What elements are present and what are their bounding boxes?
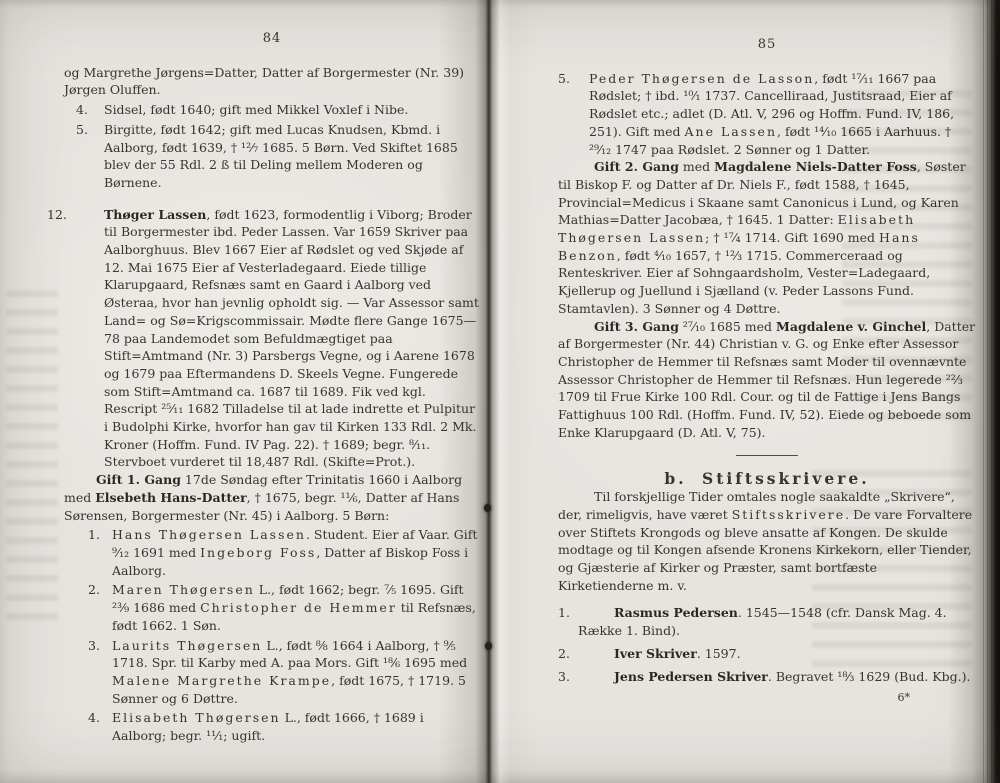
item-number: 5. [558, 70, 570, 88]
text-run: med [679, 159, 714, 174]
emphasized-name: Gift 2. Gang [594, 159, 679, 174]
item-number: 3. [558, 668, 570, 686]
emphasized-name: Magdalene Niels-Datter Foss [714, 159, 917, 174]
item-number: 4. [88, 709, 100, 727]
spaced-name: Maren Thøgersen [112, 582, 255, 597]
section-divider-rule [736, 455, 798, 456]
item-number: 2. [558, 645, 570, 663]
text-run: , født 1623, formodentlig i Viborg; Brod… [104, 207, 479, 470]
item-number: 1. [88, 526, 100, 544]
spaced-name: Malene Margrethe Krampe [112, 673, 331, 688]
section-intro-paragraph: Til forskjellige Tider omtales nogle saa… [558, 488, 976, 594]
emphasized-name: Gift 3. Gang [594, 319, 679, 334]
text-run: . Begravet ¹⁸⁄₃ 1629 (Bud. Kbg.). [768, 669, 971, 684]
book-scan: 84 og Margrethe Jørgens=Datter, Datter a… [0, 0, 1000, 783]
text-run: , Datter af Borgermester (Nr. 44) Christ… [558, 319, 975, 440]
spaced-name: Laurits Thøgersen [112, 638, 262, 653]
item-text: Hans Thøgersen Lassen. Student. Eier af … [112, 526, 480, 579]
spaced-name: Christopher de Hemmer [200, 600, 397, 615]
binding-stitch-hole [485, 642, 492, 650]
continuation-paragraph: og Margrethe Jørgens=Datter, Datter af B… [64, 64, 480, 99]
item-text: Iver Skriver. 1597. [578, 645, 976, 663]
entry-text: Thøger Lassen, født 1623, formodentlig i… [104, 206, 480, 472]
child-item-hans: 1. Hans Thøgersen Lassen. Student. Eier … [64, 526, 480, 579]
page-left: 84 og Margrethe Jørgens=Datter, Datter a… [64, 30, 480, 745]
text-run: og Margrethe Jørgens=Datter, Datter af B… [64, 65, 464, 98]
child-item-elisabeth: 4. Elisabeth Thøgersen L., født 1666, † … [64, 709, 480, 744]
page-number-right: 85 [558, 36, 976, 54]
spaced-name: Stiftsskrivere [732, 507, 845, 522]
item-text: Rasmus Pedersen. 1545—1548 (cfr. Dansk M… [578, 604, 976, 639]
marriage-1-paragraph: Gift 1. Gang 17de Søndag efter Trinitati… [64, 471, 480, 524]
text-run: ; † ¹⁷⁄₄ 1714. Gift 1690 med [705, 230, 879, 245]
item-text: Laurits Thøgersen L., født ⁸⁄₈ 1664 i Aa… [112, 637, 480, 708]
entry-12-thoger-lassen: 12. Thøger Lassen, født 1623, formodentl… [64, 206, 480, 472]
spaced-name: Hans Thøgersen Lassen [112, 527, 306, 542]
item-text: Peder Thøgersen de Lasson, født ¹⁷⁄₁₁ 16… [589, 70, 976, 159]
child-item-laurits: 3. Laurits Thøgersen L., født ⁸⁄₈ 1664 i… [64, 637, 480, 708]
text-run: Birgitte, født 1642; gift med Lucas Knud… [104, 122, 458, 190]
item-number: 4. [76, 101, 88, 119]
item-text: Birgitte, født 1642; gift med Lucas Knud… [104, 121, 480, 192]
spaced-name: Ane Lassen [685, 124, 777, 139]
item-number: 1. [558, 604, 570, 622]
text-run: . 1597. [697, 646, 741, 661]
emphasized-name: Thøger Lassen [104, 207, 206, 222]
emphasized-name: Elsebeth Hans-Datter [95, 490, 246, 505]
signature-mark: 6* [558, 689, 976, 707]
item-number: 3. [88, 637, 100, 655]
binding-stitch-hole [484, 504, 491, 512]
emphasized-name: Gift 1. Gang [96, 472, 181, 487]
spaced-name: Peder Thøgersen de Lasson [589, 71, 814, 86]
text-run: Sidsel, født 1640; gift med Mikkel Voxle… [104, 102, 408, 117]
skriver-item-jens: 3. Jens Pedersen Skriver. Begravet ¹⁸⁄₃ … [558, 668, 976, 686]
text-run: ²⁷⁄₁₀ 1685 med [679, 319, 776, 334]
item-text: Sidsel, født 1640; gift med Mikkel Voxle… [104, 101, 480, 119]
bleedthrough-smudge [6, 290, 58, 620]
list-item-sidsel: 4. Sidsel, født 1640; gift med Mikkel Vo… [64, 101, 480, 119]
stiftsskrivere-list: 1. Rasmus Pedersen. 1545—1548 (cfr. Dans… [558, 604, 976, 685]
item-number: 2. [88, 581, 100, 599]
list-item-birgitte: 5. Birgitte, født 1642; gift med Lucas K… [64, 121, 480, 192]
item-text: Maren Thøgersen L., født 1662; begr. ⁷⁄₅… [112, 581, 480, 634]
skriver-item-rasmus: 1. Rasmus Pedersen. 1545—1548 (cfr. Dans… [558, 604, 976, 639]
page-edge-streaks [980, 0, 994, 783]
skriver-item-iver: 2. Iver Skriver. 1597. [558, 645, 976, 663]
emphasized-name: Jens Pedersen Skriver [614, 669, 768, 684]
child-item-maren: 2. Maren Thøgersen L., født 1662; begr. … [64, 581, 480, 634]
spaced-name: Elisabeth Thøgersen [112, 710, 281, 725]
page-number-left: 84 [64, 30, 480, 48]
page-right: 85 5. Peder Thøgersen de Lasson, født ¹⁷… [558, 36, 976, 707]
emphasized-name: Iver Skriver [614, 646, 697, 661]
section-heading: b. Stiftsskrivere. [558, 470, 976, 488]
item-number: 5. [76, 121, 88, 139]
marriage-2-paragraph: Gift 2. Gang med Magdalene Niels-Datter … [558, 158, 976, 317]
spaced-name: Ingeborg Foss [200, 545, 316, 560]
emphasized-name: Magdalene v. Ginchel [776, 319, 926, 334]
item-text: Elisabeth Thøgersen L., født 1666, † 168… [112, 709, 480, 744]
list-item-peder-de-lasson: 5. Peder Thøgersen de Lasson, født ¹⁷⁄₁₁… [558, 70, 976, 159]
marriage-3-paragraph: Gift 3. Gang ²⁷⁄₁₀ 1685 med Magdalene v.… [558, 318, 976, 442]
item-text: Jens Pedersen Skriver. Begravet ¹⁸⁄₃ 162… [578, 668, 976, 686]
entry-number: 12. [47, 206, 67, 224]
emphasized-name: Rasmus Pedersen [614, 605, 738, 620]
